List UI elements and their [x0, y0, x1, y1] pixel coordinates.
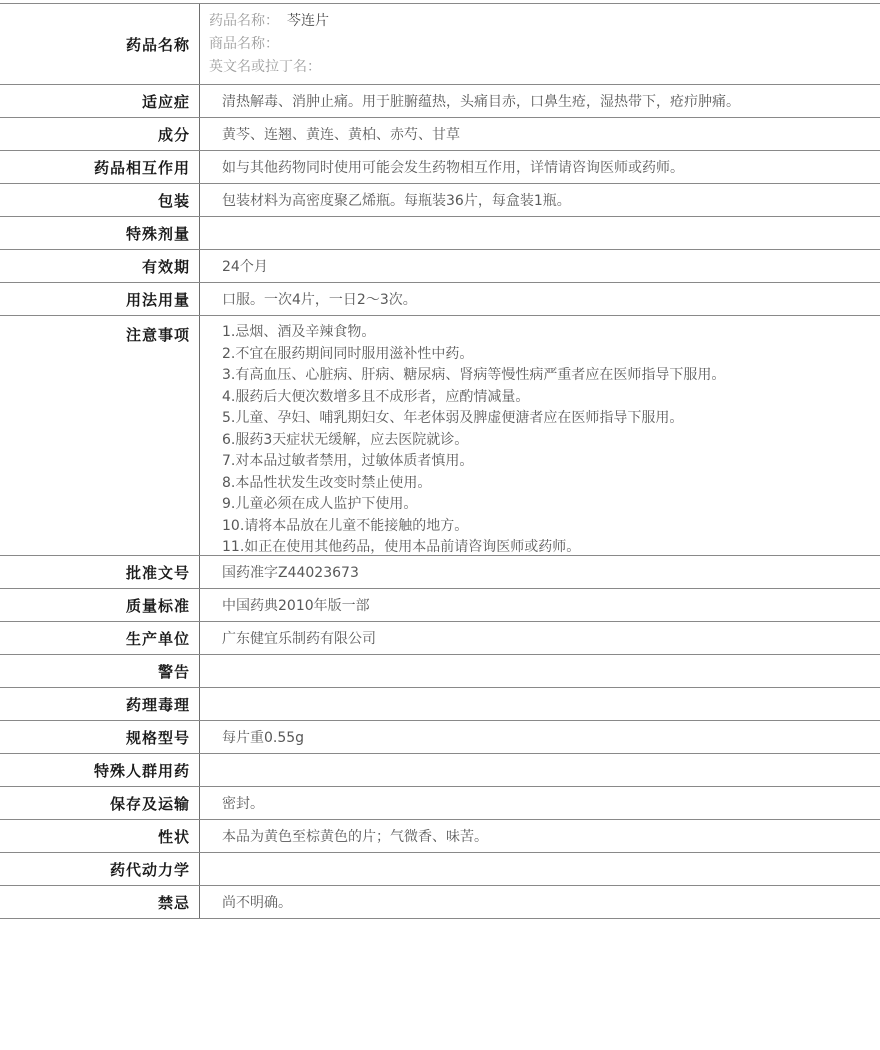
row-label: 保存及运输	[0, 787, 200, 819]
row-label: 生产单位	[0, 622, 200, 654]
table-row-indications: 适应症 清热解毒、消肿止痛。用于脏腑蕴热，头痛目赤，口鼻生疮，湿热带下，疮疖肿痛…	[0, 85, 880, 118]
precaution-item: 4.服药后大便次数增多且不成形者，应酌情减量。	[222, 387, 870, 409]
row-value: 24个月	[200, 250, 880, 282]
table-row-pharmacokinetics: 药代动力学	[0, 853, 880, 886]
precaution-item: 9.儿童必须在成人监护下使用。	[222, 494, 870, 516]
row-label: 性状	[0, 820, 200, 852]
precaution-item: 6.服药3天症状无缓解，应去医院就诊。	[222, 430, 870, 452]
row-label: 药代动力学	[0, 853, 200, 885]
table-row-storage-transport: 保存及运输 密封。	[0, 787, 880, 820]
precaution-item: 7.对本品过敏者禁用，过敏体质者慎用。	[222, 451, 870, 473]
row-value: 中国药典2010年版一部	[200, 589, 880, 621]
table-row-special-dosage: 特殊剂量	[0, 217, 880, 250]
field-key: 商品名称：	[209, 36, 279, 52]
row-label: 成分	[0, 118, 200, 150]
row-value: 清热解毒、消肿止痛。用于脏腑蕴热，头痛目赤，口鼻生疮，湿热带下，疮疖肿痛。	[200, 85, 880, 117]
table-row-specification: 规格型号 每片重0.55g	[0, 721, 880, 754]
drug-info-page: 药品名称 药品名称：芩连片 商品名称： 英文名或拉丁名： 适应症 清热解毒、消肿…	[0, 0, 880, 1050]
row-value: 密封。	[200, 787, 880, 819]
table-row-drug-name: 药品名称 药品名称：芩连片 商品名称： 英文名或拉丁名：	[0, 4, 880, 85]
field-key: 英文名或拉丁名：	[209, 59, 321, 75]
field-trade-name: 商品名称：	[209, 33, 870, 56]
row-value: 本品为黄色至棕黄色的片；气微香、味苦。	[200, 820, 880, 852]
table-row-shelf-life: 有效期 24个月	[0, 250, 880, 283]
row-label: 警告	[0, 655, 200, 687]
table-row-manufacturer: 生产单位 广东健宜乐制药有限公司	[0, 622, 880, 655]
table-row-pharmacology-toxicology: 药理毒理	[0, 688, 880, 721]
precaution-item: 10.请将本品放在儿童不能接触的地方。	[222, 516, 870, 538]
row-value	[200, 688, 880, 720]
table-row-quality-standard: 质量标准 中国药典2010年版一部	[0, 589, 880, 622]
precaution-item: 1.忌烟、酒及辛辣食物。	[222, 322, 870, 344]
row-value	[200, 655, 880, 687]
field-generic-name: 药品名称：芩连片	[209, 10, 870, 33]
table-row-approval-number: 批准文号 国药准字Z44023673	[0, 556, 880, 589]
row-value: 每片重0.55g	[200, 721, 880, 753]
row-value: 包装材料为高密度聚乙烯瓶。每瓶装36片，每盒装1瓶。	[200, 184, 880, 216]
row-value: 黄芩、连翘、黄连、黄柏、赤芍、甘草	[200, 118, 880, 150]
field-english-name: 英文名或拉丁名：	[209, 56, 870, 79]
table-row-drug-interactions: 药品相互作用 如与其他药物同时使用可能会发生药物相互作用，详情请咨询医师或药师。	[0, 151, 880, 184]
row-value	[200, 853, 880, 885]
row-label: 有效期	[0, 250, 200, 282]
table-row-description: 性状 本品为黄色至棕黄色的片；气微香、味苦。	[0, 820, 880, 853]
row-value-drug-name: 药品名称：芩连片 商品名称： 英文名或拉丁名：	[200, 4, 880, 84]
field-value: 芩连片	[287, 13, 329, 29]
row-label: 规格型号	[0, 721, 200, 753]
row-value	[200, 754, 880, 786]
row-label: 用法用量	[0, 283, 200, 315]
row-value-precautions: 1.忌烟、酒及辛辣食物。 2.不宜在服药期间同时服用滋补性中药。 3.有高血压、…	[200, 316, 880, 555]
table-row-warning: 警告	[0, 655, 880, 688]
row-label: 注意事项	[0, 316, 200, 555]
precaution-item: 5.儿童、孕妇、哺乳期妇女、年老体弱及脾虚便溏者应在医师指导下服用。	[222, 408, 870, 430]
table-row-special-populations: 特殊人群用药	[0, 754, 880, 787]
row-value: 国药准字Z44023673	[200, 556, 880, 588]
row-label: 质量标准	[0, 589, 200, 621]
row-label: 特殊人群用药	[0, 754, 200, 786]
row-value: 如与其他药物同时使用可能会发生药物相互作用，详情请咨询医师或药师。	[200, 151, 880, 183]
row-label-drug-name: 药品名称	[0, 4, 200, 84]
row-label: 适应症	[0, 85, 200, 117]
table-row-packaging: 包装 包装材料为高密度聚乙烯瓶。每瓶装36片，每盒装1瓶。	[0, 184, 880, 217]
table-row-contraindications: 禁忌 尚不明确。	[0, 886, 880, 919]
row-label: 药品相互作用	[0, 151, 200, 183]
row-label: 批准文号	[0, 556, 200, 588]
row-value: 尚不明确。	[200, 886, 880, 918]
row-label: 包装	[0, 184, 200, 216]
row-label: 特殊剂量	[0, 217, 200, 249]
row-value: 广东健宜乐制药有限公司	[200, 622, 880, 654]
row-value	[200, 217, 880, 249]
row-value: 口服。一次4片，一日2～3次。	[200, 283, 880, 315]
precaution-item: 2.不宜在服药期间同时服用滋补性中药。	[222, 344, 870, 366]
table-row-dosage-usage: 用法用量 口服。一次4片，一日2～3次。	[0, 283, 880, 316]
precaution-item: 8.本品性状发生改变时禁止使用。	[222, 473, 870, 495]
row-label: 禁忌	[0, 886, 200, 918]
field-key: 药品名称：	[209, 13, 279, 29]
table-row-ingredients: 成分 黄芩、连翘、黄连、黄柏、赤芍、甘草	[0, 118, 880, 151]
drug-info-table: 药品名称 药品名称：芩连片 商品名称： 英文名或拉丁名： 适应症 清热解毒、消肿…	[0, 3, 880, 919]
table-row-precautions: 注意事项 1.忌烟、酒及辛辣食物。 2.不宜在服药期间同时服用滋补性中药。 3.…	[0, 316, 880, 556]
row-label: 药理毒理	[0, 688, 200, 720]
precaution-item: 3.有高血压、心脏病、肝病、糖尿病、肾病等慢性病严重者应在医师指导下服用。	[222, 365, 870, 387]
